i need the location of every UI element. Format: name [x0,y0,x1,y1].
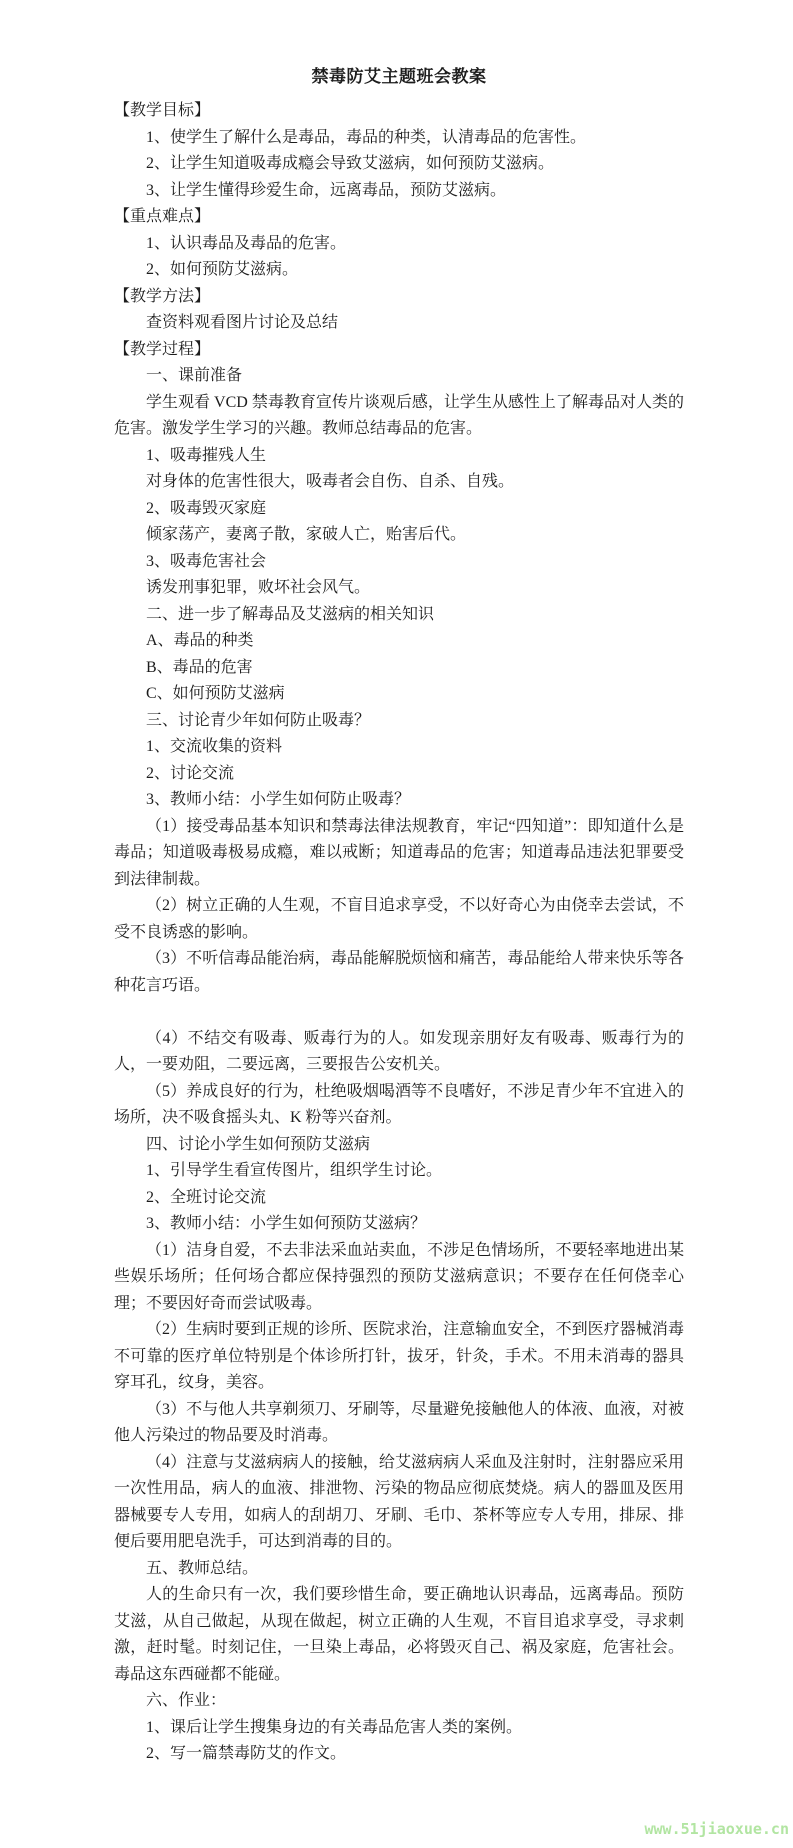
paragraph: 3、吸毒危害社会 [114,549,684,576]
paragraph: 1、认识毒品及毒品的危害。 [114,231,684,258]
paragraph: 学生观看 VCD 禁毒教育宣传片谈观后感，让学生从感性上了解毒品对人类的危害。激… [114,390,684,443]
section-heading: 【教学方法】 [114,284,684,311]
paragraph: 1、引导学生看宣传图片，组织学生讨论。 [114,1158,684,1185]
paragraph: A、毒品的种类 [114,628,684,655]
paragraph: 五、教师总结。 [114,1556,684,1583]
paragraph: 六、作业： [114,1688,684,1715]
document-body: 【教学目标】1、使学生了解什么是毒品，毒品的种类，认清毒品的危害性。2、让学生知… [114,98,684,1768]
paragraph: 1、交流收集的资料 [114,734,684,761]
paragraph: 3、教师小结：小学生如何防止吸毒？ [114,787,684,814]
paragraph: 3、教师小结：小学生如何预防艾滋病？ [114,1211,684,1238]
paragraph: 1、使学生了解什么是毒品，毒品的种类，认清毒品的危害性。 [114,125,684,152]
section-heading: 【教学过程】 [114,337,684,364]
watermark: www.51jiaoxue.cn [645,1820,790,1838]
paragraph: 2、如何预防艾滋病。 [114,257,684,284]
paragraph: （3）不与他人共享剃须刀、牙刷等，尽量避免接触他人的体液、血液，对被他人污染过的… [114,1397,684,1450]
paragraph: （3）不听信毒品能治病，毒品能解脱烦恼和痛苦，毒品能给人带来快乐等各种花言巧语。 [114,946,684,999]
paragraph: 2、吸毒毁灭家庭 [114,496,684,523]
paragraph: （4）不结交有吸毒、贩毒行为的人。如发现亲朋好友有吸毒、贩毒行为的人，一要劝阻，… [114,1026,684,1079]
paragraph: 2、讨论交流 [114,761,684,788]
paragraph: 2、写一篇禁毒防艾的作文。 [114,1741,684,1768]
paragraph: （2）树立正确的人生观，不盲目追求享受，不以好奇心为由侥幸去尝试，不受不良诱惑的… [114,893,684,946]
paragraph: 四、讨论小学生如何预防艾滋病 [114,1132,684,1159]
paragraph: 二、进一步了解毒品及艾滋病的相关知识 [114,602,684,629]
document-page: 禁毒防艾主题班会教案 【教学目标】1、使学生了解什么是毒品，毒品的种类，认清毒品… [0,0,793,1848]
paragraph: B、毒品的危害 [114,655,684,682]
paragraph: 2、全班讨论交流 [114,1185,684,1212]
paragraph: 人的生命只有一次，我们要珍惜生命，要正确地认识毒品，远离毒品。预防艾滋，从自己做… [114,1582,684,1688]
section-heading: 【重点难点】 [114,204,684,231]
paragraph: C、如何预防艾滋病 [114,681,684,708]
document-content: 禁毒防艾主题班会教案 【教学目标】1、使学生了解什么是毒品，毒品的种类，认清毒品… [114,62,684,1768]
paragraph: 对身体的危害性很大，吸毒者会自伤、自杀、自残。 [114,469,684,496]
paragraph: （4）注意与艾滋病病人的接触，给艾滋病病人采血及注射时，注射器应采用一次性用品，… [114,1450,684,1556]
paragraph: （5）养成良好的行为，杜绝吸烟喝酒等不良嗜好，不涉足青少年不宜进入的场所，决不吸… [114,1079,684,1132]
paragraph: 查资料观看图片讨论及总结 [114,310,684,337]
paragraph: 1、课后让学生搜集身边的有关毒品危害人类的案例。 [114,1715,684,1742]
paragraph: 三、讨论青少年如何防止吸毒？ [114,708,684,735]
page-title: 禁毒防艾主题班会教案 [114,62,684,92]
paragraph: 诱发刑事犯罪，败坏社会风气。 [114,575,684,602]
paragraph: 一、课前准备 [114,363,684,390]
blank-line [114,999,684,1026]
paragraph: 3、让学生懂得珍爱生命，远离毒品，预防艾滋病。 [114,178,684,205]
section-heading: 【教学目标】 [114,98,684,125]
paragraph: 2、让学生知道吸毒成瘾会导致艾滋病，如何预防艾滋病。 [114,151,684,178]
paragraph: （2）生病时要到正规的诊所、医院求治，注意输血安全，不到医疗器械消毒不可靠的医疗… [114,1317,684,1397]
paragraph: （1）接受毒品基本知识和禁毒法律法规教育，牢记“四知道”：即知道什么是毒品；知道… [114,814,684,894]
paragraph: （1）洁身自爱，不去非法采血站卖血，不涉足色情场所，不要轻率地进出某些娱乐场所；… [114,1238,684,1318]
paragraph: 倾家荡产，妻离子散，家破人亡，贻害后代。 [114,522,684,549]
paragraph: 1、吸毒摧残人生 [114,443,684,470]
